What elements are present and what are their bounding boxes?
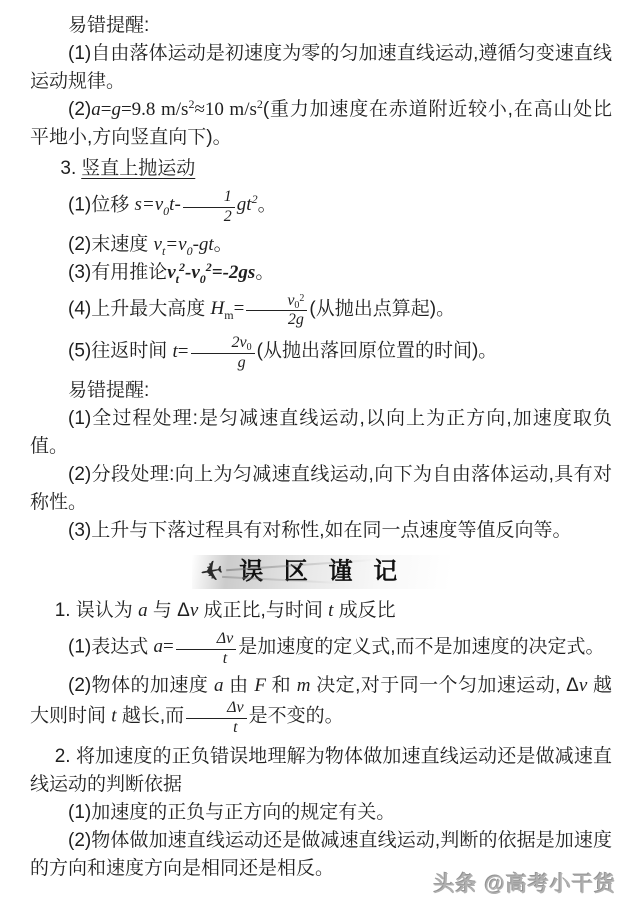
formula-label: (4)上升最大高度 xyxy=(68,298,211,319)
formula-body: vt2-v02=-2gs xyxy=(167,262,255,283)
math-var: 2v xyxy=(232,334,247,351)
item-number: (2) xyxy=(68,99,91,120)
text-run: 由 xyxy=(223,675,254,696)
text-run: (2)物体的加速度 xyxy=(68,675,214,696)
paragraph-freefall: (1)自由落体运动是初速度为零的匀加速直线运动,遵循匀变速直线运动规律。 xyxy=(30,40,612,96)
math-sup: 2 xyxy=(299,293,304,304)
fraction-denominator: 2g xyxy=(246,311,307,329)
formula-body: s=v0t-12gt2 xyxy=(135,194,258,215)
math-op: = xyxy=(101,99,112,120)
watermark: 头条 @高考小干货 xyxy=(434,868,616,898)
math-var: a xyxy=(91,99,101,120)
misconception1-point1: (1)表达式 a=Δvt是加速度的定义式,而不是加速度的决定式。 xyxy=(30,631,612,668)
text-run: 与 Δ xyxy=(148,600,190,621)
text-run: 成正比,与时间 xyxy=(198,600,328,621)
text-run: 。 xyxy=(255,262,274,283)
page-content: 易错提醒: (1)自由落体运动是初速度为零的匀加速直线运动,遵循匀变速直线运动规… xyxy=(0,0,640,883)
math-run: =-2gs xyxy=(212,262,256,283)
math-value: ≈10 m/s xyxy=(194,99,256,120)
fraction-numerator: Δv xyxy=(176,631,237,650)
document-page: 易错提醒: (1)自由落体运动是初速度为零的匀加速直线运动,遵循匀变速直线运动规… xyxy=(0,0,640,908)
formula-final-velocity: (2)末速度 vt=v0-gt。 xyxy=(30,231,612,259)
reminder-item: (1)全过程处理:是匀减速直线运动,以向上为正方向,加速度取负值。 xyxy=(30,405,612,461)
section-title-text: 竖直上抛运动 xyxy=(81,158,195,179)
text-run: (从抛出落回原位置的时间)。 xyxy=(257,341,498,362)
reminder-heading-top: 易错提醒: xyxy=(30,12,612,40)
text-run: 1. 误认为 xyxy=(55,600,138,621)
formula-body: a=Δvt xyxy=(154,636,239,657)
formula-body: Hm=v022g xyxy=(211,298,310,319)
text-run: 和 xyxy=(266,675,297,696)
formula-gravity: a=g=9.8 m/s2≈10 m/s2 xyxy=(91,99,263,120)
text-run: 。 xyxy=(214,234,233,255)
airplane-icon: ✈ xyxy=(197,556,225,588)
math-var: F xyxy=(254,675,266,696)
formula-round-trip-time: (5)往返时间 t=2v0g(从抛出落回原位置的时间)。 xyxy=(30,335,612,372)
misconception1-title: 1. 误认为 a 与 Δv 成正比,与时间 t 成反比 xyxy=(30,597,612,625)
text-run: (从抛出点算起)。 xyxy=(309,298,455,319)
math-run: s=v xyxy=(135,194,164,215)
math-sub: 0 xyxy=(247,342,252,353)
fraction-numerator: Δv xyxy=(186,700,247,719)
math-op: = xyxy=(163,636,174,657)
reminder-item: (3)上升与下落过程具有对称性,如在同一点速度等值反向等。 xyxy=(30,517,612,545)
text-run: 。 xyxy=(258,194,277,215)
fraction-denominator: 2 xyxy=(183,208,235,226)
misconception2-point: (1)加速度的正负与正方向的规定有关。 xyxy=(30,799,612,827)
fraction: 2v0g xyxy=(191,335,255,372)
formula-label: (3)有用推论 xyxy=(68,262,167,283)
misconception2-title: 2. 将加速度的正负错误地理解为物体做加速直线运动还是做减速直线运动的判断依据 xyxy=(30,743,612,799)
fraction-numerator: 1 xyxy=(183,189,235,208)
reminder-heading-mid: 易错提醒: xyxy=(30,377,612,405)
fraction-numerator: v02 xyxy=(246,293,307,312)
fraction: Δvt xyxy=(176,631,237,668)
math-run: gt xyxy=(237,194,252,215)
text-run: 越长,而 xyxy=(117,706,185,727)
math-sub: m xyxy=(224,308,233,322)
section-number: 3. xyxy=(60,158,76,179)
formula-body: t=2v0g xyxy=(173,341,257,362)
text-run: 是不变的。 xyxy=(249,706,344,727)
section-banner: ✈ 误 区 谨 记 xyxy=(30,555,612,589)
formula-max-height: (4)上升最大高度 Hm=v022g(从抛出点算起)。 xyxy=(30,293,612,330)
fraction-denominator: g xyxy=(191,354,255,372)
fraction: Δvt xyxy=(186,700,247,737)
math-run: v xyxy=(167,262,175,283)
math-var: H xyxy=(211,298,225,319)
paragraph-gravity: (2)a=g=9.8 m/s2≈10 m/s2(重力加速度在赤道附近较小,在高山… xyxy=(30,96,612,152)
formula-displacement: (1)位移 s=v0t-12gt2。 xyxy=(30,189,612,226)
math-var: a xyxy=(138,600,148,621)
section-title-vertical-throw: 3.竖直上抛运动 xyxy=(30,155,612,183)
formula-body: Δvt xyxy=(184,706,249,727)
formula-label: (2)末速度 xyxy=(68,234,154,255)
math-run: -v xyxy=(185,262,200,283)
text-run: 决定,对于同一个匀加速运动, Δ xyxy=(311,675,579,696)
formula-body: vt=v0-gt xyxy=(154,234,214,255)
math-run: t- xyxy=(169,194,181,215)
fraction: 12 xyxy=(183,189,235,226)
fraction-denominator: t xyxy=(176,650,237,668)
math-run: =v xyxy=(165,234,186,255)
text-run: 成反比 xyxy=(333,600,395,621)
reminder-item: (2)分段处理:向上为匀减速直线运动,向下为自由落体运动,具有对称性。 xyxy=(30,461,612,517)
banner-title: 误 区 谨 记 xyxy=(239,558,404,586)
formula-label: (5)往返时间 xyxy=(68,341,173,362)
math-var: g xyxy=(111,99,121,120)
fraction: v022g xyxy=(246,293,307,330)
math-op: = xyxy=(178,341,189,362)
text-run: (1)表达式 xyxy=(68,636,154,657)
fraction-denominator: t xyxy=(186,719,247,737)
banner-background: ✈ 误 区 谨 记 xyxy=(192,555,450,589)
math-run: -gt xyxy=(193,234,214,255)
text-run: 是加速度的定义式,而不是加速度的决定式。 xyxy=(238,636,604,657)
math-value: =9.8 m/s xyxy=(121,99,188,120)
math-var: m xyxy=(297,675,311,696)
misconception1-point2: (2)物体的加速度 a 由 F 和 m 决定,对于同一个匀加速运动, Δv 越大… xyxy=(30,672,612,737)
math-run: v xyxy=(154,234,162,255)
fraction-numerator: 2v0 xyxy=(191,335,255,354)
formula-corollary: (3)有用推论vt2-v02=-2gs。 xyxy=(30,259,612,287)
formula-label: (1)位移 xyxy=(68,194,135,215)
math-sub: 0 xyxy=(200,272,206,286)
math-op: = xyxy=(234,298,245,319)
math-var: a xyxy=(154,636,164,657)
